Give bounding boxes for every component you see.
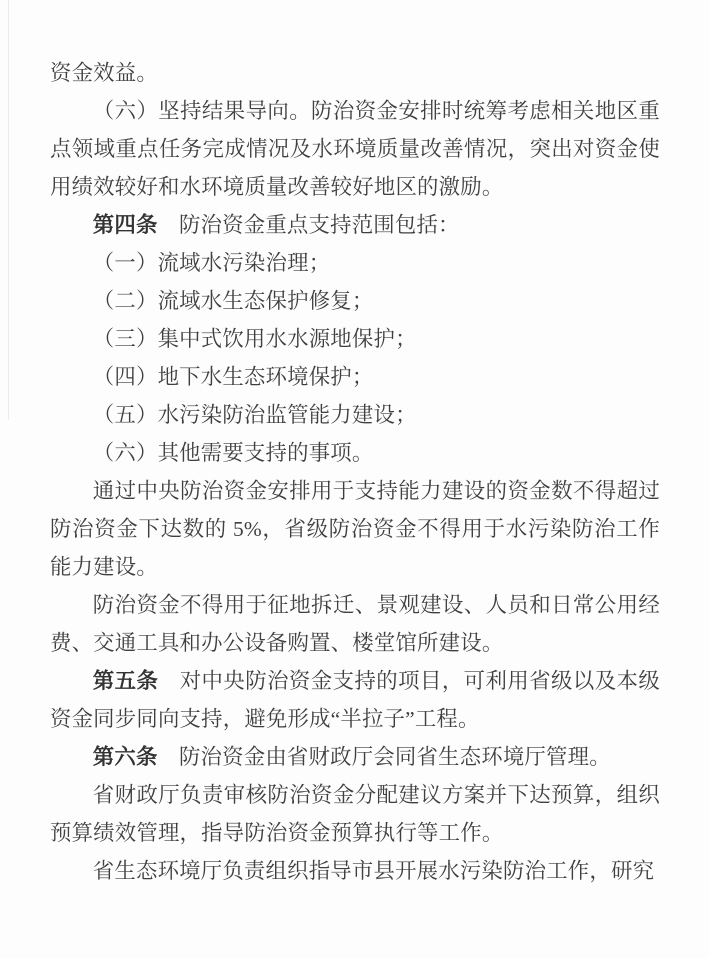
paragraph-text: 资金效益。 [50, 61, 158, 85]
list-item-paragraph: （三）集中式饮用水水源地保护； [50, 320, 660, 358]
paragraph-text: （六）其他需要支持的事项。 [93, 441, 374, 465]
article-paragraph: 第四条防治资金重点支持范围包括： [50, 206, 660, 244]
article-number: 第六条 [93, 745, 158, 769]
article-paragraph: 第五条对中央防治资金支持的项目，可利用省级以及本级资金同步同向支持，避免形成“半… [50, 662, 660, 738]
body-paragraph: 省财政厅负责审核防治资金分配建议方案并下达预算，组织预算绩效管理，指导防治资金预… [50, 776, 660, 852]
paragraph-text: （四）地下水生态环境保护； [93, 365, 374, 389]
paragraph-text: 省财政厅负责审核防治资金分配建议方案并下达预算，组织预算绩效管理，指导防治资金预… [50, 783, 660, 845]
paragraph-text: 防治资金由省财政厅会同省生态环境厅管理。 [179, 745, 611, 769]
body-paragraph: （六）坚持结果导向。防治资金安排时统筹考虑相关地区重点领域重点任务完成情况及水环… [50, 92, 660, 206]
paragraph-text: （六）坚持结果导向。防治资金安排时统筹考虑相关地区重点领域重点任务完成情况及水环… [50, 99, 660, 199]
scan-edge-artifact [8, 0, 9, 420]
body-paragraph: 省生态环境厅负责组织指导市县开展水污染防治工作，研究 [50, 852, 660, 890]
paragraph-text: 防治资金不得用于征地拆迁、景观建设、人员和日常公用经费、交通工具和办公设备购置、… [50, 593, 660, 655]
paragraph-text: （一）流域水污染治理； [93, 251, 331, 275]
body-paragraph: 通过中央防治资金安排用于支持能力建设的资金数不得超过防治资金下达数的 5%，省级… [50, 472, 660, 586]
paragraph-text: 省生态环境厅负责组织指导市县开展水污染防治工作，研究 [93, 859, 654, 883]
body-paragraph: 防治资金不得用于征地拆迁、景观建设、人员和日常公用经费、交通工具和办公设备购置、… [50, 586, 660, 662]
list-item-paragraph: （一）流域水污染治理； [50, 244, 660, 282]
article-number: 第四条 [93, 213, 158, 237]
list-item-paragraph: （二）流域水生态保护修复； [50, 282, 660, 320]
paragraph-text: 通过中央防治资金安排用于支持能力建设的资金数不得超过防治资金下达数的 5%，省级… [50, 479, 660, 579]
article-number: 第五条 [93, 669, 159, 693]
paragraph-continuation: 资金效益。 [50, 54, 660, 92]
paragraph-text: （五）水污染防治监管能力建设； [93, 403, 417, 427]
article-paragraph: 第六条防治资金由省财政厅会同省生态环境厅管理。 [50, 738, 660, 776]
list-item-paragraph: （六）其他需要支持的事项。 [50, 434, 660, 472]
paragraph-text: 防治资金重点支持范围包括： [179, 213, 460, 237]
list-item-paragraph: （五）水污染防治监管能力建设； [50, 396, 660, 434]
document-page: 资金效益。（六）坚持结果导向。防治资金安排时统筹考虑相关地区重点领域重点任务完成… [50, 54, 660, 890]
list-item-paragraph: （四）地下水生态环境保护； [50, 358, 660, 396]
paragraph-text: （二）流域水生态保护修复； [93, 289, 374, 313]
paragraph-text: （三）集中式饮用水水源地保护； [93, 327, 417, 351]
